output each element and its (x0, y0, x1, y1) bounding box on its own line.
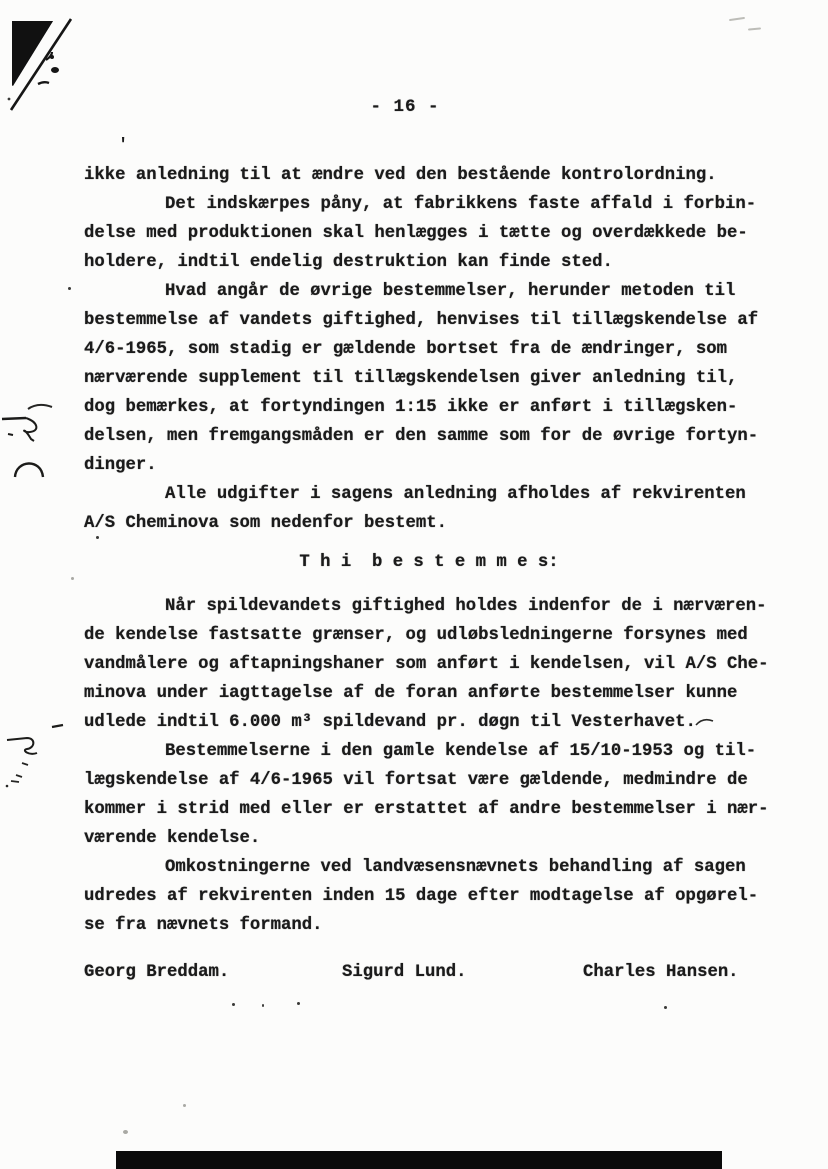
scan-speck (183, 1104, 186, 1107)
section-heading: T h i b e s t e m m e s: (84, 548, 774, 578)
text-line: delse med produktionen skal henlægges i … (84, 219, 774, 248)
text-line: værende kendelse. (84, 824, 774, 853)
signature-name: Sigurd Lund. (342, 963, 466, 982)
text-line: nærværende supplement til tillægskendels… (84, 364, 774, 393)
text-line: A/S Cheminova som nedenfor bestemt. (84, 509, 774, 538)
page-number: - 16 - (0, 97, 819, 117)
text-line: Bestemmelserne i den gamle kendelse af 1… (84, 737, 774, 766)
scan-speck (297, 1002, 300, 1005)
text-line: udlede indtil 6.000 m³ spildevand pr. dø… (84, 708, 774, 737)
text-line: Når spildevandets giftighed holdes inden… (84, 592, 774, 621)
paragraphs-after-heading: Når spildevandets giftighed holdes inden… (84, 592, 774, 940)
faint-smudge (748, 27, 761, 30)
scan-speck (232, 1003, 235, 1006)
text-line: Hvad angår de øvrige bestemmelser, herun… (84, 277, 774, 306)
text-line: lægskendelse af 4/6-1965 vil fortsat vær… (84, 766, 774, 795)
text-line: Omkostningerne ved landvæsensnævnets beh… (84, 853, 774, 882)
signature-name: Charles Hansen. (583, 963, 739, 982)
scan-speck (123, 1130, 128, 1134)
stray-apostrophe-mark: ' (118, 136, 128, 155)
text-line: Alle udgifter i sagens anledning afholde… (84, 480, 774, 509)
text-line: delsen, men fremgangsmåden er den samme … (84, 422, 774, 451)
scan-speck (71, 577, 74, 580)
text-line: vandmålere og aftapningshaner som anført… (84, 650, 774, 679)
text-line: minova under iagttagelse af de foran anf… (84, 679, 774, 708)
text-line: dog bemærkes, at fortyndingen 1:15 ikke … (84, 393, 774, 422)
text-line: kommer i strid med eller er erstattet af… (84, 795, 774, 824)
text-line: holdere, indtil endelig destruktion kan … (84, 248, 774, 277)
text-line: dinger. (84, 451, 774, 480)
scan-speck (68, 287, 71, 290)
handwriting-mark-upper (0, 398, 60, 488)
text-line: udredes af rekvirenten inden 15 dage eft… (84, 882, 774, 911)
text-body: ikke anledning til at ændre ved den best… (84, 161, 774, 993)
scan-speck (262, 1004, 264, 1007)
scanner-edge-bar-artifact (116, 1151, 722, 1169)
handwriting-mark-lower (0, 718, 70, 796)
text-line: de kendelse fastsatte grænser, og udløbs… (84, 621, 774, 650)
paragraphs-before-heading: ikke anledning til at ændre ved den best… (84, 161, 774, 538)
text-line: Det indskærpes påny, at fabrikkens faste… (84, 190, 774, 219)
document-page: - 16 - ' ikke anledning til at ændre ved… (0, 0, 828, 1169)
faint-smudge (729, 17, 745, 21)
signature-row: Georg Breddam.Sigurd Lund.Charles Hansen… (84, 963, 774, 993)
text-line: se fra nævnets formand. (84, 911, 774, 940)
text-line: ikke anledning til at ændre ved den best… (84, 161, 774, 190)
text-line: bestemmelse af vandets giftighed, henvis… (84, 306, 774, 335)
text-line: 4/6-1965, som stadig er gældende bortset… (84, 335, 774, 364)
scan-speck (664, 1006, 667, 1009)
signature-name: Georg Breddam. (84, 963, 229, 982)
